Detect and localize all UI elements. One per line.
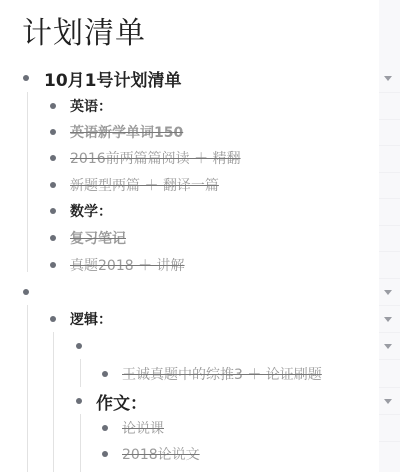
item-text[interactable]: 新题型两篇 ＋ 翻译一篇 xyxy=(70,175,219,195)
guide-line-level0-a xyxy=(27,92,28,272)
item-text[interactable]: 作文： xyxy=(96,389,147,414)
outline-item[interactable]: 英语新学单词150 xyxy=(70,119,183,145)
gutter-separator xyxy=(379,225,400,226)
item-text[interactable]: 英语： xyxy=(70,96,112,116)
caret-down-icon[interactable] xyxy=(384,317,392,322)
gutter-separator xyxy=(379,119,400,120)
gutter-separator xyxy=(379,387,400,388)
item-text[interactable]: 真题2018 ＋ 讲解 xyxy=(70,255,185,275)
gutter-separator xyxy=(379,92,400,93)
caret-down-icon[interactable] xyxy=(384,399,392,404)
outline-item[interactable]: 2016前两篇篇阅读 ＋ 精翻 xyxy=(70,145,241,171)
bullet-icon[interactable] xyxy=(102,371,108,377)
bullet-icon[interactable] xyxy=(102,451,108,457)
bullet-icon[interactable] xyxy=(23,75,29,81)
outline-item[interactable]: 10月1号计划清单 xyxy=(44,65,182,91)
guide-line-level2-a xyxy=(80,359,81,387)
gutter-separator xyxy=(379,414,400,415)
bullet-icon[interactable] xyxy=(50,182,56,188)
caret-down-icon[interactable] xyxy=(384,290,392,295)
outline-item[interactable]: 王诚真题中的综推3 ＋ 论证刷题 xyxy=(122,361,322,387)
bullet-icon[interactable] xyxy=(50,235,56,241)
item-text[interactable]: 2018论说文 xyxy=(122,444,200,464)
bullet-icon[interactable] xyxy=(23,289,29,295)
caret-down-icon[interactable] xyxy=(384,76,392,81)
gutter-separator xyxy=(379,198,400,199)
bullet-icon[interactable] xyxy=(50,155,56,161)
item-text[interactable]: 2016前两篇篇阅读 ＋ 精翻 xyxy=(70,148,241,168)
item-text[interactable]: 论说课 xyxy=(122,418,164,438)
gutter-separator xyxy=(379,251,400,252)
guide-line-level1 xyxy=(53,332,54,472)
item-text[interactable]: 逻辑： xyxy=(70,309,112,329)
outline-item[interactable]: 数学： xyxy=(70,198,112,224)
item-text[interactable]: 王诚真题中的综推3 ＋ 论证刷题 xyxy=(122,364,322,384)
outline-item[interactable]: 作文： xyxy=(96,388,147,414)
bullet-icon[interactable] xyxy=(50,129,56,135)
outline-item[interactable]: 论说课 xyxy=(122,415,164,441)
item-text[interactable]: 复习笔记 xyxy=(70,228,126,248)
outline-item[interactable]: 逻辑： xyxy=(70,306,112,332)
gutter-separator xyxy=(379,305,400,306)
outline-item[interactable]: 新题型两篇 ＋ 翻译一篇 xyxy=(70,172,219,198)
bullet-icon[interactable] xyxy=(50,262,56,268)
bullet-icon[interactable] xyxy=(50,208,56,214)
bullet-icon[interactable] xyxy=(76,343,82,349)
gutter-separator xyxy=(379,441,400,442)
item-text[interactable]: 10月1号计划清单 xyxy=(44,66,182,91)
guide-line-level2-b xyxy=(80,414,81,472)
gutter-separator xyxy=(379,172,400,173)
item-text[interactable]: 英语新学单词150 xyxy=(70,122,183,142)
gutter-separator xyxy=(379,278,400,279)
page-title: 计划清单 xyxy=(22,8,146,52)
guide-line-level0-b xyxy=(27,305,28,472)
bullet-icon[interactable] xyxy=(50,103,56,109)
outline-item[interactable]: 英语： xyxy=(70,93,112,119)
caret-down-icon[interactable] xyxy=(384,344,392,349)
item-text[interactable]: 数学： xyxy=(70,201,112,221)
gutter-separator xyxy=(379,145,400,146)
outline-item[interactable]: 复习笔记 xyxy=(70,225,126,251)
outline-item[interactable]: 2018论说文 xyxy=(122,441,200,467)
gutter-separator xyxy=(379,332,400,333)
bullet-icon[interactable] xyxy=(102,425,108,431)
bullet-icon[interactable] xyxy=(76,398,82,404)
gutter-separator xyxy=(379,359,400,360)
outline-item[interactable]: 真题2018 ＋ 讲解 xyxy=(70,252,185,278)
bullet-icon[interactable] xyxy=(50,316,56,322)
